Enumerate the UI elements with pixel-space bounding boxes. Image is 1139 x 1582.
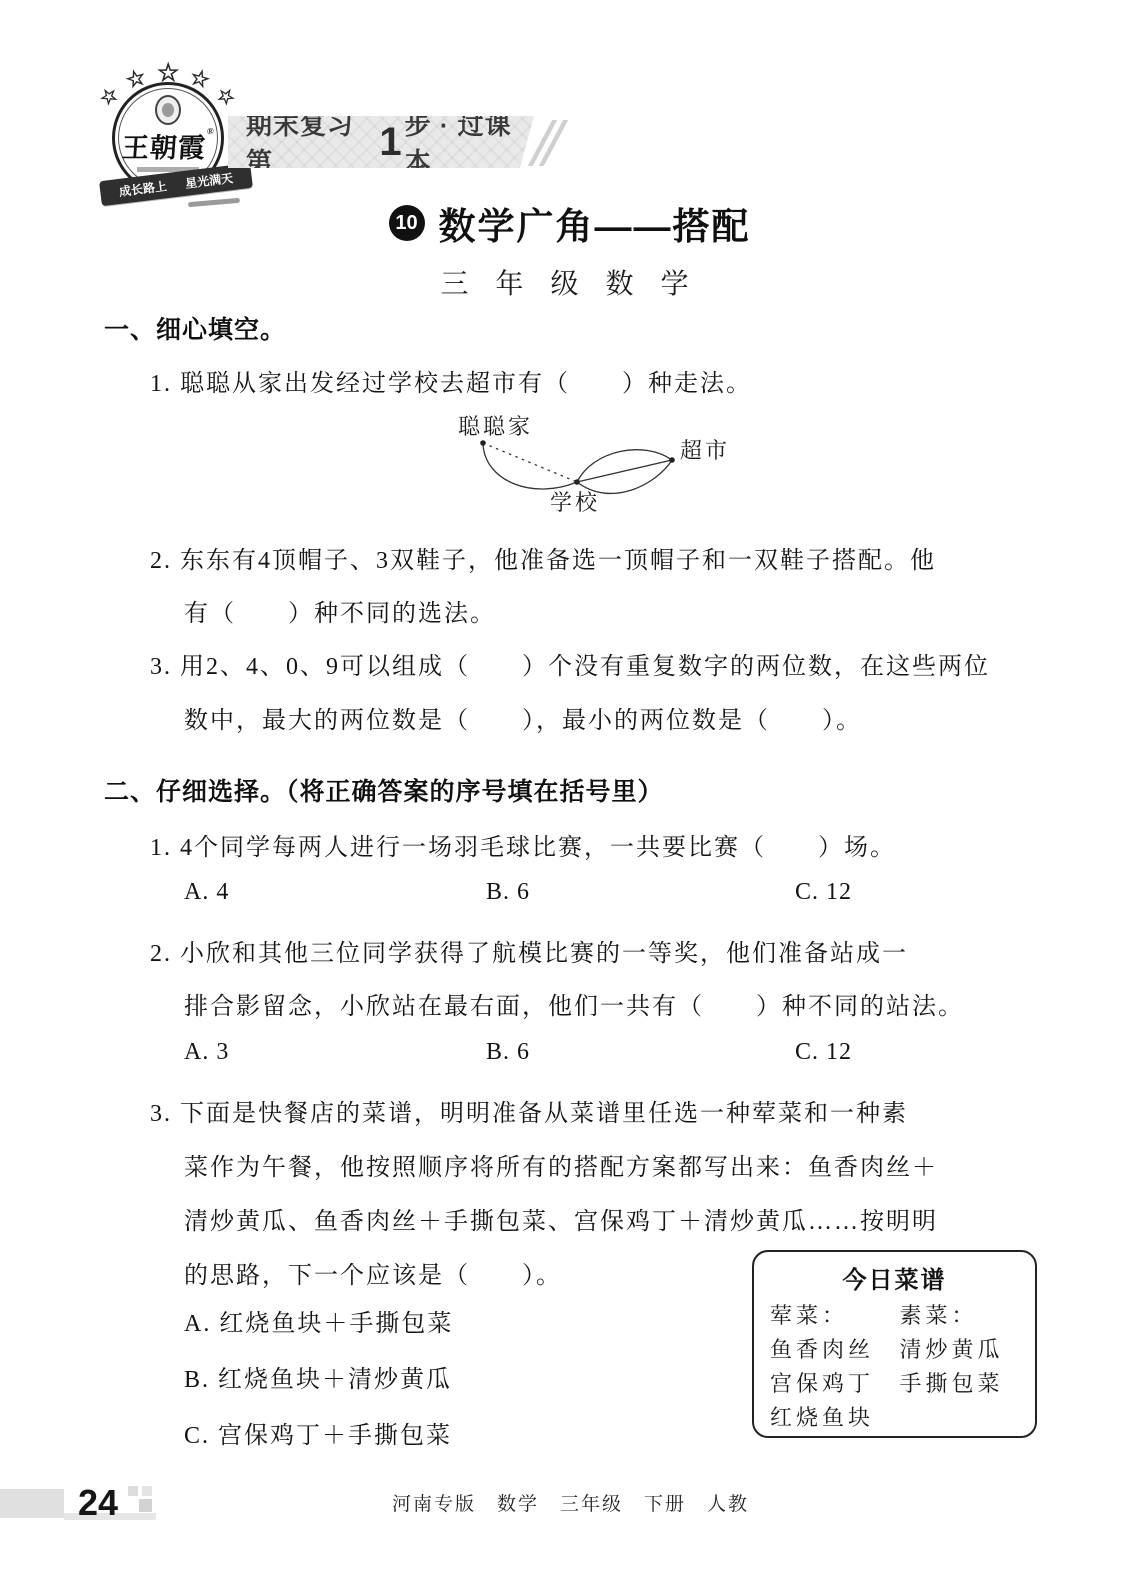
menu-grid: 荤菜： 素菜： 鱼香肉丝 清炒黄瓜 宫保鸡丁 手撕包菜 红烧鱼块 (770, 1299, 1019, 1435)
route-school-market-straight (577, 460, 672, 482)
section1-heading: 一、细心填空。 (104, 310, 286, 346)
strip-step-number: 1 (379, 120, 401, 165)
strip-prefix: 期末复习第 (246, 105, 376, 179)
s2-q3-optC: C. 宫保鸡丁＋手撕包菜 (184, 1415, 452, 1450)
s2-q3-optB: B. 红烧鱼块＋清炒黄瓜 (184, 1359, 452, 1394)
portrait-icon (155, 95, 181, 125)
star-icon: ☆ (212, 81, 240, 112)
s2-q1-optB: B. 6 (486, 879, 530, 906)
star-icon: ☆ (95, 81, 123, 112)
lesson-title-row: 10 数学广角——搭配 (0, 196, 1139, 250)
footer-square-icon (139, 1499, 152, 1512)
menu-box: 今日菜谱 荤菜： 素菜： 鱼香肉丝 清炒黄瓜 宫保鸡丁 手撕包菜 红烧鱼块 (752, 1250, 1037, 1438)
menu-item: 清炒黄瓜 (900, 1333, 1020, 1367)
footer-edition: 河南专版 数学 三年级 下册 人教 (392, 1489, 749, 1516)
s2-q2-line2: 排合影留念，小欣站在最右面，他们一共有（ ）种不同的站法。 (184, 986, 964, 1021)
footer-square-icon (128, 1486, 138, 1496)
school-node (574, 479, 580, 485)
worksheet-page: ☆ ☆ ☆ ☆ ☆ 王朝霞® 成长路上 星光满天 期末复习第 1 步 · 过课本… (0, 0, 1139, 1582)
market-label: 超市 (680, 438, 730, 463)
s1-q2-line1: 2. 东东有4顶帽子、3双鞋子，他准备选一顶帽子和一双鞋子搭配。他 (150, 540, 936, 575)
route-school-market-upper (577, 450, 672, 482)
menu-item: 手撕包菜 (900, 1367, 1020, 1401)
s1-q2-line2: 有（ ）种不同的选法。 (184, 593, 496, 628)
s1-q3-line1: 3. 用2、4、0、9可以组成（ ）个没有重复数字的两位数，在这些两位 (150, 646, 990, 681)
menu-right-header: 素菜： (900, 1299, 1020, 1333)
school-label: 学校 (550, 490, 600, 515)
s2-q3-line1: 3. 下面是快餐店的菜谱，明明准备从菜谱里任选一种荤菜和一种素 (150, 1093, 908, 1128)
s2-q2-optA: A. 3 (184, 1039, 229, 1066)
footer-bar (0, 1489, 64, 1518)
s2-q2-optC: C. 12 (795, 1039, 852, 1066)
s2-q3-optA: A. 红烧鱼块＋手撕包菜 (184, 1303, 453, 1338)
menu-item: 鱼香肉丝 (770, 1333, 890, 1367)
home-label: 聪聪家 (458, 414, 533, 439)
s2-q2-options: A. 3 B. 6 C. 12 (0, 1039, 1139, 1073)
lesson-title: 数学广角——搭配 (439, 196, 751, 250)
footer-square-icon (142, 1486, 152, 1496)
s2-q3-line3: 清炒黄瓜、鱼香肉丝＋手撕包菜、宫保鸡丁＋清炒黄瓜……按明明 (184, 1201, 938, 1236)
s2-q2-line1: 2. 小欣和其他三位同学获得了航模比赛的一等奖，他们准备站成一 (150, 933, 908, 968)
header-strip: 期末复习第 1 步 · 过课本 (228, 116, 534, 168)
market-node (669, 457, 675, 463)
ribbon-text-right: 星光满天 (184, 169, 234, 192)
s1-q1-line1: 1. 聪聪从家出发经过学校去超市有（ ）种走法。 (150, 363, 752, 398)
s2-q3-line4: 的思路，下一个应该是（ ）。 (184, 1255, 562, 1290)
menu-title: 今日菜谱 (770, 1260, 1019, 1295)
menu-item: 宫保鸡丁 (770, 1367, 890, 1401)
menu-left-header: 荤菜： (770, 1299, 890, 1333)
s2-q1-optA: A. 4 (184, 879, 229, 906)
lesson-subtitle: 三 年 级 数 学 (0, 262, 1139, 302)
brand-logo: ☆ ☆ ☆ ☆ ☆ 王朝霞® 成长路上 星光满天 (96, 58, 242, 208)
page-number: 24 (78, 1482, 118, 1524)
route-home-school-dotted (483, 443, 577, 482)
s2-q2-optB: B. 6 (486, 1039, 530, 1066)
s2-q1-optC: C. 12 (795, 879, 852, 906)
route-home-school-curve (483, 443, 577, 489)
s1-q3-line2: 数中，最大的两位数是（ ），最小的两位数是（ ）。 (184, 700, 862, 735)
strip-suffix: 步 · 过课本 (405, 105, 534, 179)
menu-item: 红烧鱼块 (770, 1401, 890, 1435)
lesson-number-badge: 10 (389, 205, 425, 241)
home-node (480, 440, 486, 446)
s2-q1-line1: 1. 4个同学每两人进行一场羽毛球比赛，一共要比赛（ ）场。 (150, 827, 896, 862)
route-diagram: 聪聪家 超市 学校 (430, 410, 782, 528)
section2-heading: 二、仔细选择。（将正确答案的序号填在括号里） (104, 772, 664, 808)
s2-q3-line2: 菜作为午餐，他按照顺序将所有的搭配方案都写出来：鱼香肉丝＋ (184, 1147, 938, 1182)
s2-q1-options: A. 4 B. 6 C. 12 (0, 879, 1139, 913)
brand-name: 王朝霞® (121, 126, 215, 165)
